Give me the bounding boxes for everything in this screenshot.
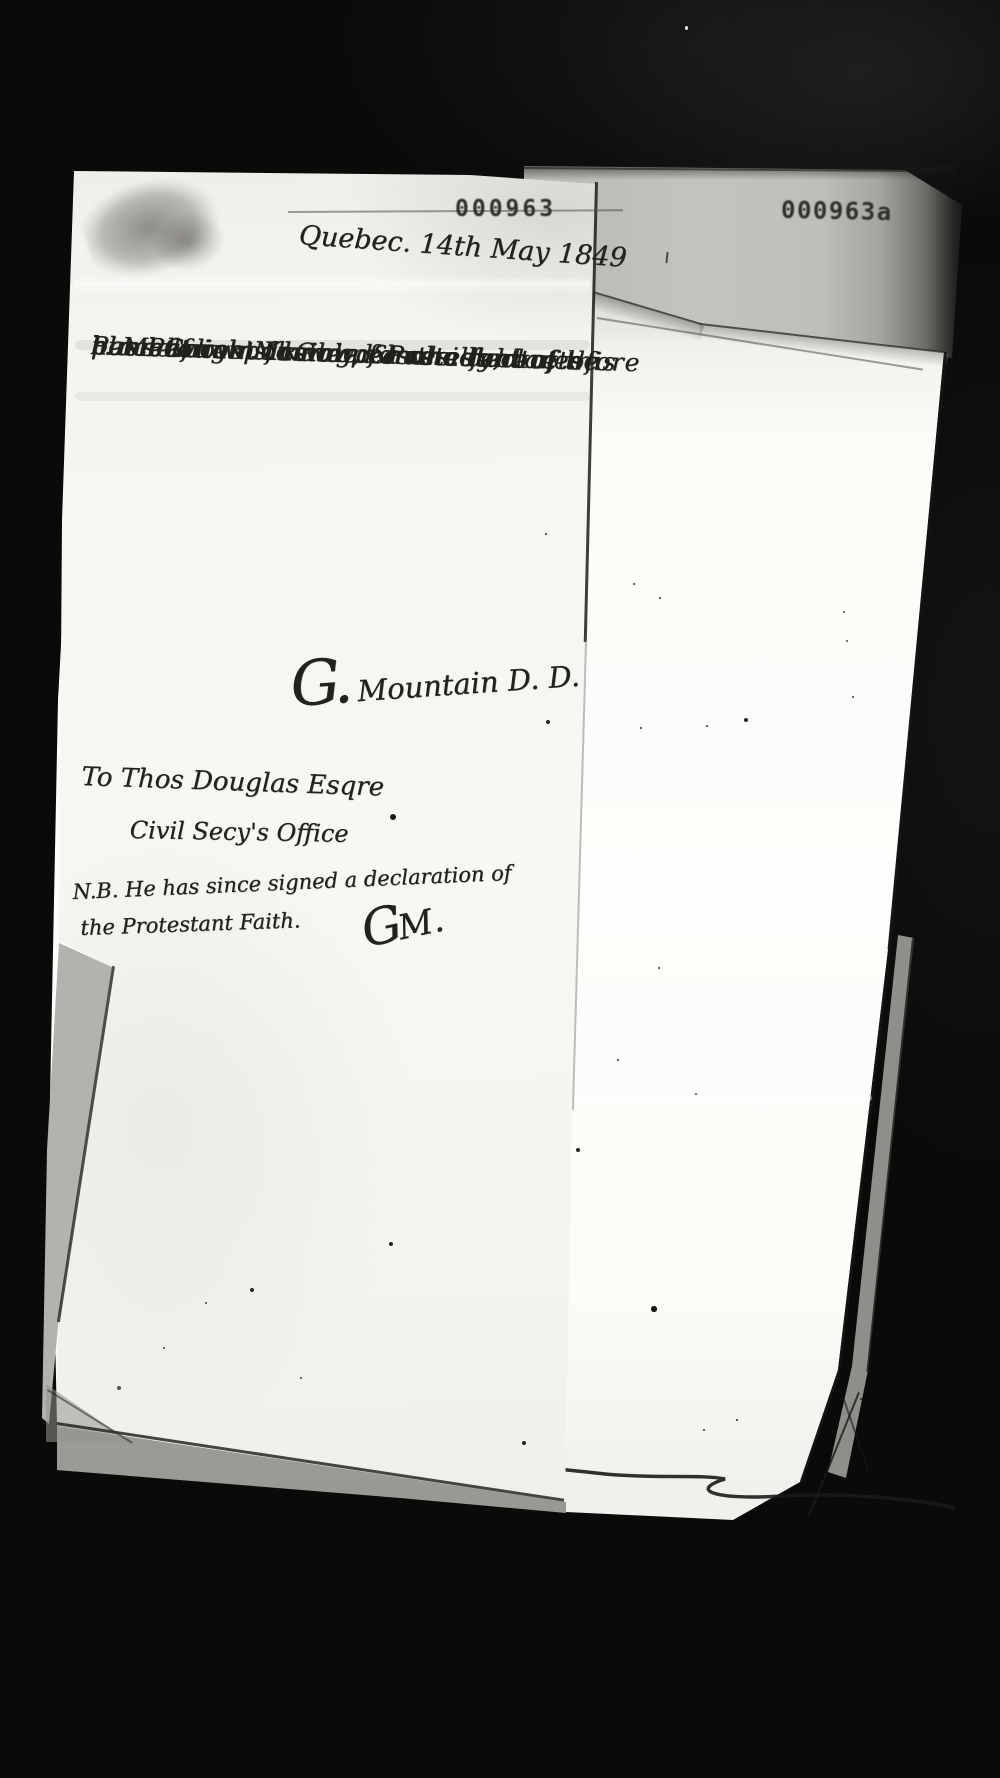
paper-streak	[75, 392, 590, 401]
archive-stamp-left: 000963	[455, 196, 556, 222]
paper-streak	[75, 276, 590, 294]
ink-dot	[390, 814, 396, 820]
addressee-office: Civil Secy's Office	[130, 816, 349, 848]
archive-stamp-right: 000963a	[781, 196, 893, 226]
dust-specks	[0, 0, 2, 2]
microfilm-scan-frame: 000963a 000963 Quebec. 14th May 1849 Pat…	[0, 0, 1000, 1778]
film-speck	[685, 26, 688, 30]
